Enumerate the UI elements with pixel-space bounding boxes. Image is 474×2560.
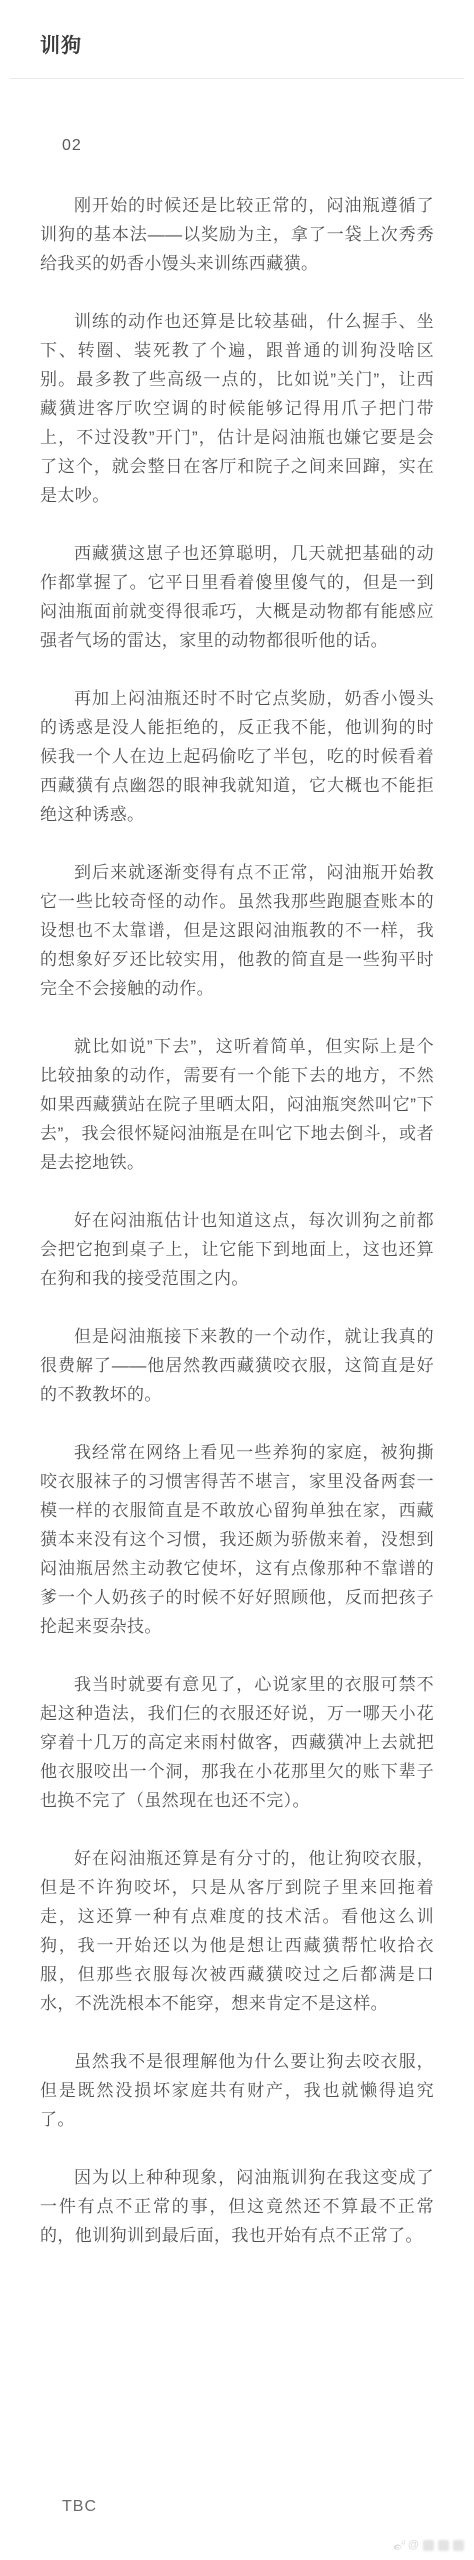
- story-paragraph: 再加上闷油瓶还时不时它点奖励，奶香小馒头的诱惑是没人能拒绝的，反正我不能，他训狗…: [40, 684, 434, 829]
- weibo-icon: [392, 2539, 405, 2552]
- story-paragraph: 好在闷油瓶还算是有分寸的，他让狗咬衣服，但是不许狗咬坏，只是从客厅到院子里来回拖…: [40, 1844, 434, 2018]
- story-paragraph: 刚开始的时候还是比较正常的，闷油瓶遵循了训狗的基本法——以奖励为主，拿了一袋上次…: [40, 191, 434, 278]
- watermark-at-sign: @: [408, 2540, 419, 2551]
- page-title: 训狗: [40, 34, 434, 58]
- watermark-blurred-char: [423, 2540, 434, 2551]
- header-divider: [10, 78, 464, 79]
- watermark-blurred-char: [453, 2540, 464, 2551]
- story-paragraph: 因为以上种种现象，闷油瓶训狗在我这变成了一件有点不正常的事，但这竟然还不算最不正…: [40, 2163, 434, 2250]
- story-paragraph: 训练的动作也还算是比较基础，什么握手、坐下、转圈、装死教了个遍，跟普通的训狗没啥…: [40, 307, 434, 510]
- page-header: 训狗: [0, 0, 474, 58]
- story-paragraph: 到后来就逐渐变得有点不正常，闷油瓶开始教它一些比较奇怪的动作。虽然我那些跑腿查账…: [40, 858, 434, 1003]
- watermark: @: [392, 2539, 464, 2552]
- story-paragraph: 好在闷油瓶估计也知道这点，每次训狗之前都会把它抱到桌子上，让它能下到地面上，这也…: [40, 1206, 434, 1293]
- story-paragraph: 但是闷油瓶接下来教的一个动作，就让我真的很费解了——他居然教西藏獚咬衣服，这简直…: [40, 1322, 434, 1409]
- watermark-blurred-char: [438, 2540, 449, 2551]
- story-paragraph: 虽然我不是很理解他为什么要让狗去咬衣服，但是既然没损坏家庭共有财产，我也就懒得追…: [40, 2047, 434, 2134]
- to-be-continued-label: TBC: [62, 2498, 97, 2516]
- story-paragraph: 我当时就要有意见了，心说家里的衣服可禁不起这种造法，我们仨的衣服还好说，万一哪天…: [40, 1670, 434, 1815]
- story-page: 训狗 02 刚开始的时候还是比较正常的，闷油瓶遵循了训狗的基本法——以奖励为主，…: [0, 0, 474, 2560]
- story-paragraph: 西藏獚这崽子也还算聪明，几天就把基础的动作都掌握了。它平日里看着傻里傻气的，但是…: [40, 539, 434, 655]
- chapter-section-label: 02: [62, 137, 434, 155]
- story-paragraph: 就比如说”下去”，这听着简单，但实际上是个比较抽象的动作，需要有一个能下去的地方…: [40, 1032, 434, 1177]
- story-body: 刚开始的时候还是比较正常的，闷油瓶遵循了训狗的基本法——以奖励为主，拿了一袋上次…: [0, 191, 474, 2250]
- story-paragraph: 我经常在网络上看见一些养狗的家庭，被狗撕咬衣服袜子的习惯害得苦不堪言，家里没备两…: [40, 1438, 434, 1641]
